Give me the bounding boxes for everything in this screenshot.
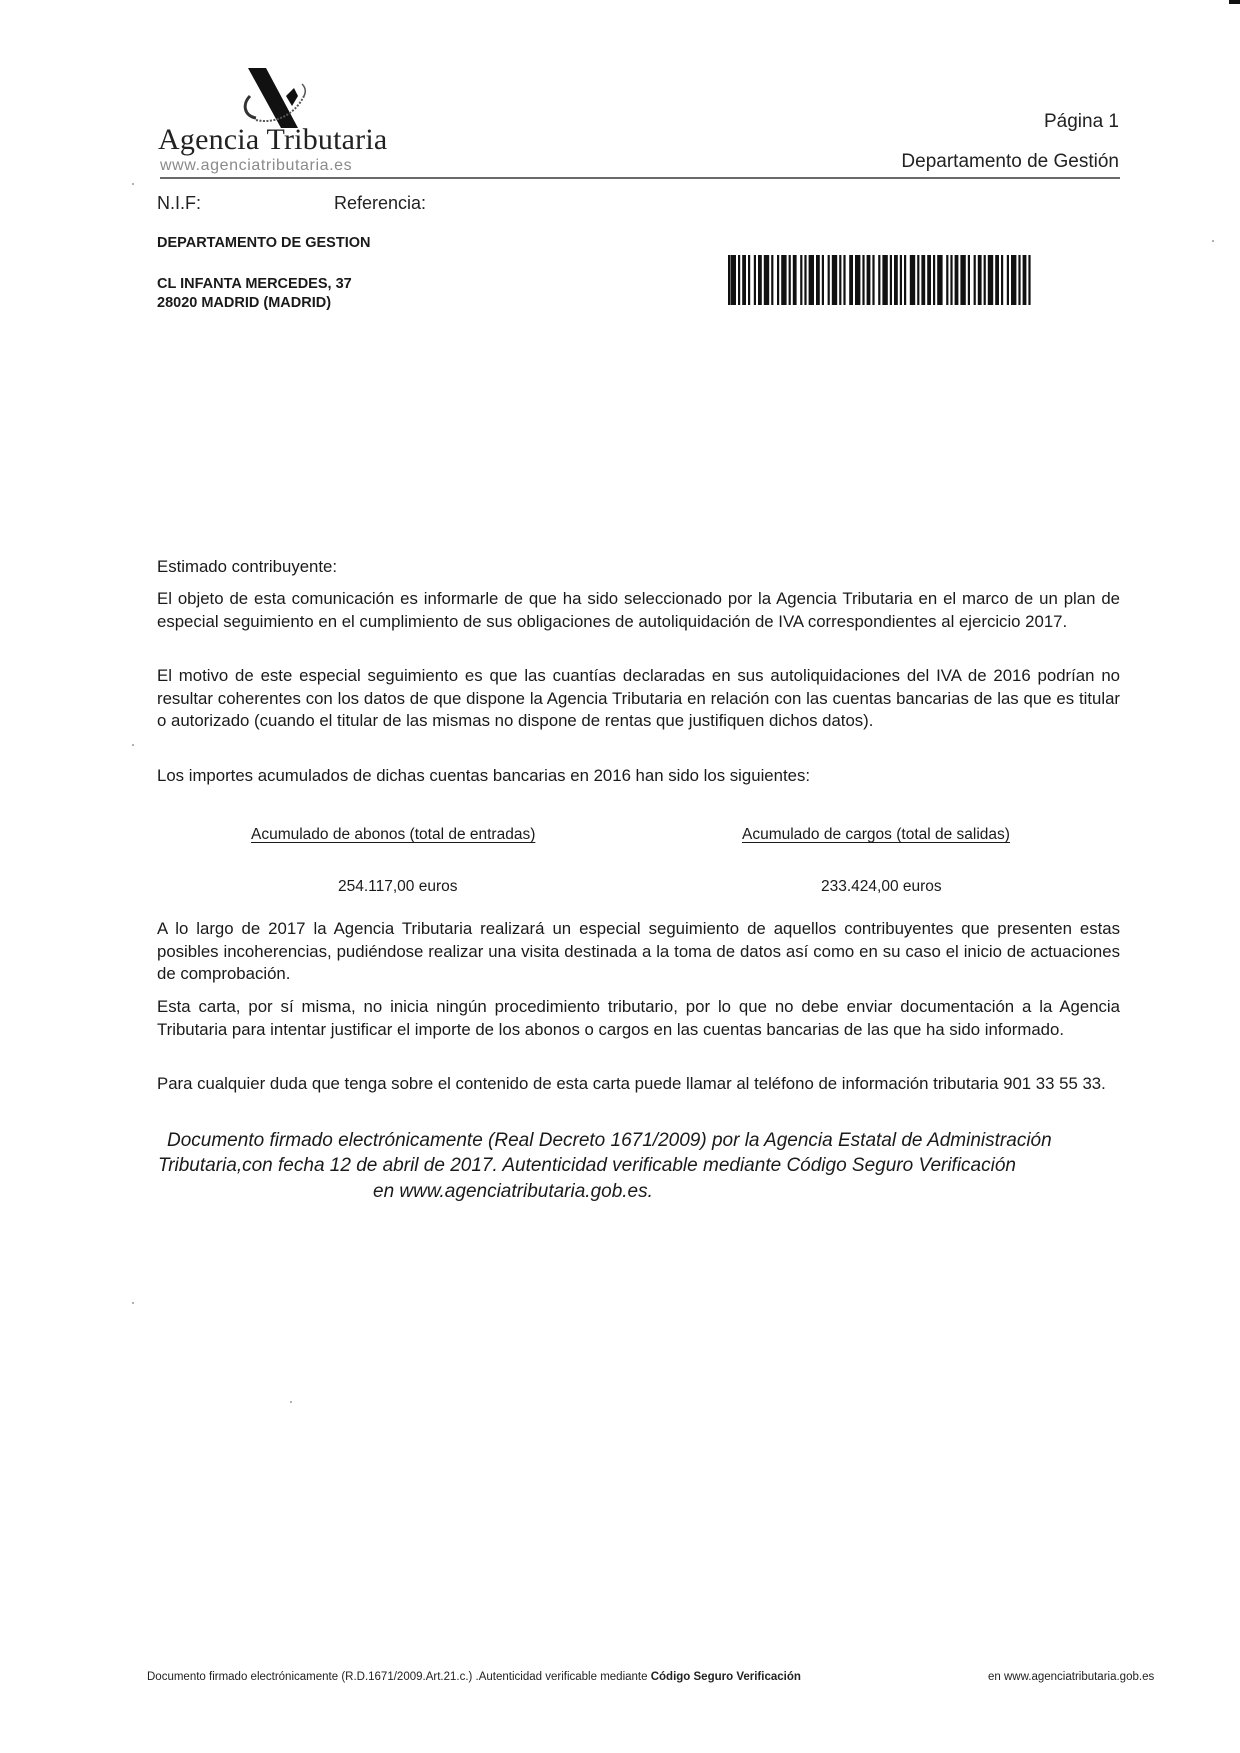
paragraph-followup: A lo largo de 2017 la Agencia Tributaria… [157, 918, 1120, 986]
reference-label: Referencia: [334, 193, 426, 214]
credits-value: 254.117,00 euros [338, 878, 458, 896]
footer-note-text: Documento firmado electrónicamente (R.D.… [147, 1671, 651, 1683]
paragraph-contact: Para cualquier duda que tenga sobre el c… [157, 1073, 1120, 1096]
scan-corner-mark [1229, 0, 1240, 4]
recipient-city: 28020 MADRID (MADRID) [157, 294, 331, 313]
signature-line-3: en www.agenciatributaria.gob.es. [373, 1179, 653, 1204]
debits-label: Acumulado de cargos (total de salidas) [742, 826, 1010, 844]
credits-label: Acumulado de abonos (total de entradas) [251, 826, 535, 844]
department-heading: Departamento de Gestión [901, 151, 1119, 173]
org-name: Agencia Tributaria [158, 124, 387, 156]
scan-speck [290, 1401, 292, 1403]
scan-speck [132, 744, 134, 746]
signature-line-2: Tributaria,con fecha 12 de abril de 2017… [158, 1153, 1016, 1178]
footer-signature-note: Documento firmado electrónicamente (R.D.… [147, 1671, 801, 1683]
scan-speck [132, 183, 134, 185]
recipient-street: CL INFANTA MERCEDES, 37 [157, 275, 352, 294]
org-url: www.agenciatributaria.es [160, 157, 352, 175]
greeting: Estimado contribuyente: [157, 556, 1120, 579]
footer-verification-link[interactable]: en www.agenciatributaria.gob.es [988, 1671, 1154, 1683]
paragraph-purpose: El objeto de esta comunicación es inform… [157, 588, 1120, 633]
scan-speck [132, 1302, 134, 1304]
scan-speck [1212, 240, 1214, 242]
footer-note-bold: Código Seguro Verificación [651, 1671, 801, 1683]
page-number: Página 1 [1044, 111, 1119, 133]
barcode-icon [728, 255, 1082, 305]
recipient-department: DEPARTAMENTO DE GESTION [157, 234, 371, 253]
header-divider [160, 177, 1120, 179]
debits-value: 233.424,00 euros [821, 878, 942, 896]
nif-label: N.I.F: [157, 193, 201, 214]
signature-line-1: Documento firmado electrónicamente (Real… [167, 1128, 1052, 1153]
paragraph-reason: El motivo de este especial seguimiento e… [157, 665, 1120, 733]
paragraph-no-procedure: Esta carta, por sí misma, no inicia ning… [157, 996, 1120, 1041]
paragraph-amounts-intro: Los importes acumulados de dichas cuenta… [157, 765, 1120, 788]
